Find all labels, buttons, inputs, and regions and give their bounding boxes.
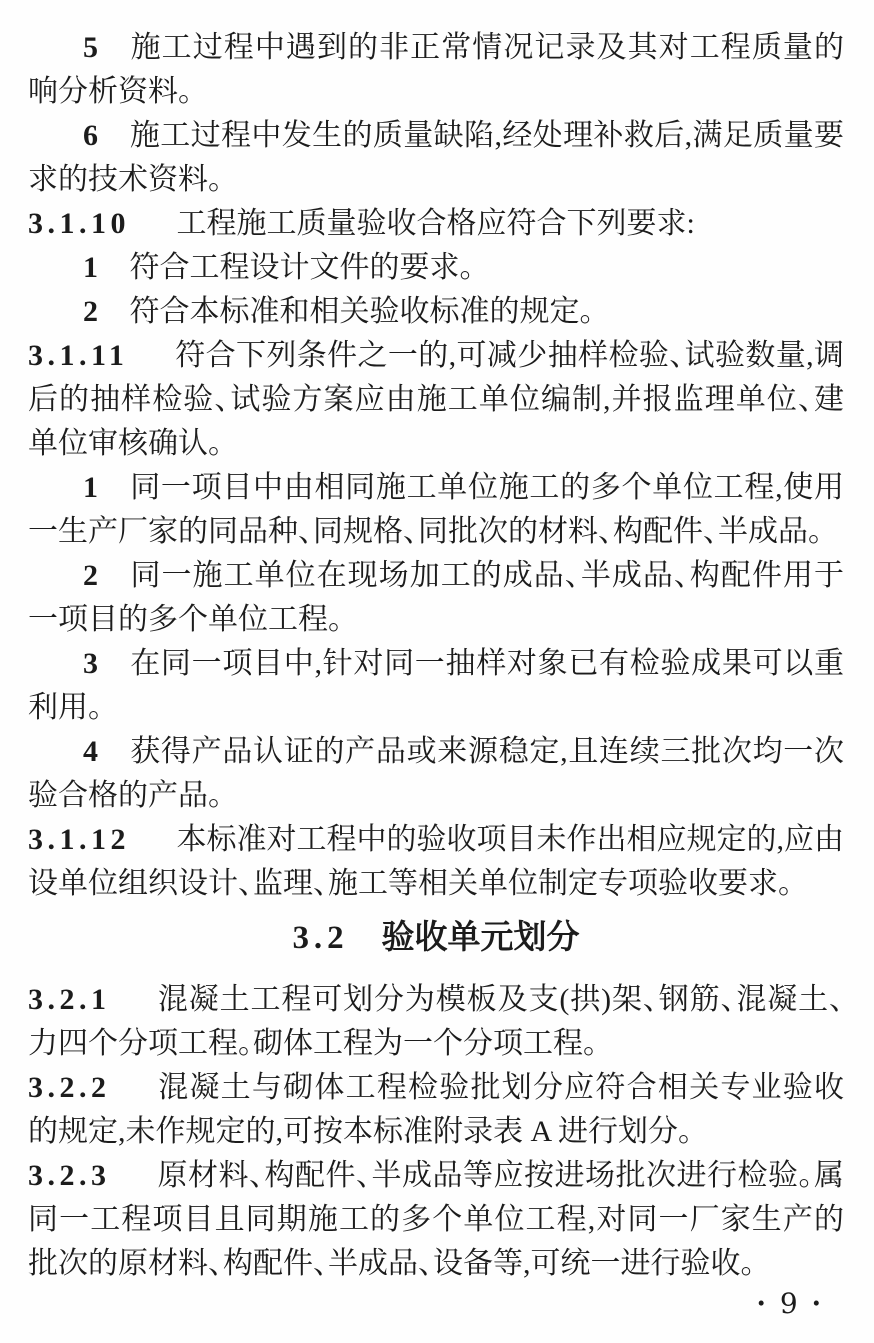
line-text: 一生产厂家的同品种、同规格、同批次的材料、构配件、半成品。	[28, 515, 823, 548]
item-number: 4	[83, 735, 98, 768]
list-item-line: 1符合工程设计文件的要求。	[28, 246, 844, 290]
list-item-line: 2同一施工单位在现场加工的成品、半成品、构配件用于同	[28, 554, 844, 598]
list-item-line: 5施工过程中遇到的非正常情况记录及其对工程质量的影	[28, 26, 844, 70]
line-text: 同一项目中由相同施工单位施工的多个单位工程,使用同	[83, 471, 844, 510]
page-footer: • 9 •	[757, 1290, 820, 1318]
clause-number: 3.1.12	[28, 823, 130, 856]
line-text: 批次的原材料、构配件、半成品、设备等,可统一进行验收。	[28, 1247, 756, 1280]
page-number-dot-right: •	[813, 1293, 820, 1314]
continuation-line: 后的抽样检验、试验方案应由施工单位编制,并报监理单位、建设	[28, 378, 844, 422]
clause-number: 3.2.1	[28, 983, 111, 1016]
continuation-line: 一项目的多个单位工程。	[28, 598, 844, 642]
section-number: 3.2	[292, 920, 348, 956]
line-text: 后的抽样检验、试验方案应由施工单位编制,并报监理单位、建设	[28, 383, 844, 422]
item-number: 3	[83, 647, 98, 680]
clause-line: 3.1.10工程施工质量验收合格应符合下列要求:	[28, 202, 844, 246]
item-number: 1	[83, 471, 98, 504]
list-item-line: 3在同一项目中,针对同一抽样对象已有检验成果可以重复	[28, 642, 844, 686]
section-heading: 3.2验收单元划分	[28, 914, 844, 962]
line-text: 符合本标准和相关验收标准的规定。	[130, 295, 595, 328]
continuation-line: 验合格的产品。	[28, 774, 844, 818]
line-text: 施工过程中遇到的非正常情况记录及其对工程质量的影	[83, 31, 844, 70]
clause-number: 3.2.2	[28, 1071, 111, 1104]
line-text: 混凝土与砌体工程检验批划分应符合相关专业验收标准	[28, 1071, 844, 1110]
clause-line: 3.2.2混凝土与砌体工程检验批划分应符合相关专业验收标准	[28, 1066, 844, 1110]
line-text: 在同一项目中,针对同一抽样对象已有检验成果可以重复	[83, 647, 844, 686]
list-item-line: 1同一项目中由相同施工单位施工的多个单位工程,使用同	[28, 466, 844, 510]
line-text: 获得产品认证的产品或来源稳定,且连续三批次均一次检	[83, 735, 844, 774]
page-number-dot-left: •	[757, 1293, 764, 1314]
clause-line: 3.1.11符合下列条件之一的,可减少抽样检验、试验数量,调整	[28, 334, 844, 378]
clause-number: 3.1.11	[28, 339, 128, 372]
line-text: 力四个分项工程。砌体工程为一个分项工程。	[28, 1027, 598, 1060]
document-page: 5施工过程中遇到的非正常情况记录及其对工程质量的影响分析资料。6施工过程中发生的…	[0, 0, 874, 1343]
continuation-line: 力四个分项工程。砌体工程为一个分项工程。	[28, 1022, 844, 1066]
continuation-line: 响分析资料。	[28, 70, 844, 114]
line-text: 施工过程中发生的质量缺陷,经处理补救后,满足质量要	[130, 119, 845, 152]
item-number: 2	[83, 559, 98, 592]
line-text: 符合下列条件之一的,可减少抽样检验、试验数量,调整	[28, 339, 844, 378]
list-item-line: 4获得产品认证的产品或来源稳定,且连续三批次均一次检	[28, 730, 844, 774]
item-number: 6	[83, 119, 98, 152]
line-text: 同一施工单位在现场加工的成品、半成品、构配件用于同	[83, 559, 844, 598]
document-body: 5施工过程中遇到的非正常情况记录及其对工程质量的影响分析资料。6施工过程中发生的…	[28, 26, 844, 1286]
line-text: 的规定,未作规定的,可按本标准附录表 A 进行划分。	[28, 1115, 693, 1148]
line-text: 混凝土工程可划分为模板及支(拱)架、钢筋、混凝土、预应	[28, 983, 844, 1022]
continuation-line: 求的技术资料。	[28, 158, 844, 202]
line-text: 利用。	[28, 691, 103, 724]
clause-line: 3.1.12本标准对工程中的验收项目未作出相应规定的,应由建	[28, 818, 844, 862]
continuation-line: 批次的原材料、构配件、半成品、设备等,可统一进行验收。	[28, 1242, 844, 1286]
item-number: 2	[83, 295, 98, 328]
line-text: 单位审核确认。	[28, 427, 223, 460]
continuation-line: 一生产厂家的同品种、同规格、同批次的材料、构配件、半成品。	[28, 510, 844, 554]
page-number: 9	[780, 1290, 798, 1318]
clause-number: 3.1.10	[28, 207, 130, 240]
line-text: 设单位组织设计、监理、施工等相关单位制定专项验收要求。	[28, 867, 793, 900]
list-item-line: 2符合本标准和相关验收标准的规定。	[28, 290, 844, 334]
line-text: 验合格的产品。	[28, 779, 223, 812]
continuation-line: 单位审核确认。	[28, 422, 844, 466]
line-text: 原材料、构配件、半成品等应按进场批次进行检验。属于	[28, 1159, 844, 1198]
continuation-line: 设单位组织设计、监理、施工等相关单位制定专项验收要求。	[28, 862, 844, 906]
clause-line: 3.2.1混凝土工程可划分为模板及支(拱)架、钢筋、混凝土、预应	[28, 978, 844, 1022]
line-text: 一项目的多个单位工程。	[28, 603, 343, 636]
section-title: 验收单元划分	[382, 920, 580, 956]
line-text: 工程施工质量验收合格应符合下列要求:	[177, 207, 695, 240]
line-text: 响分析资料。	[28, 75, 193, 108]
continuation-line: 同一工程项目且同期施工的多个单位工程,对同一厂家生产的同	[28, 1198, 844, 1242]
continuation-line: 利用。	[28, 686, 844, 730]
item-number: 5	[83, 31, 98, 64]
line-text: 同一工程项目且同期施工的多个单位工程,对同一厂家生产的同	[28, 1203, 844, 1242]
continuation-line: 的规定,未作规定的,可按本标准附录表 A 进行划分。	[28, 1110, 844, 1154]
line-text: 本标准对工程中的验收项目未作出相应规定的,应由建	[28, 823, 844, 862]
list-item-line: 6施工过程中发生的质量缺陷,经处理补救后,满足质量要	[28, 114, 844, 158]
clause-number: 3.2.3	[28, 1159, 111, 1192]
item-number: 1	[83, 251, 98, 284]
clause-line: 3.2.3原材料、构配件、半成品等应按进场批次进行检验。属于	[28, 1154, 844, 1198]
line-text: 符合工程设计文件的要求。	[130, 251, 475, 284]
line-text: 求的技术资料。	[28, 163, 223, 196]
